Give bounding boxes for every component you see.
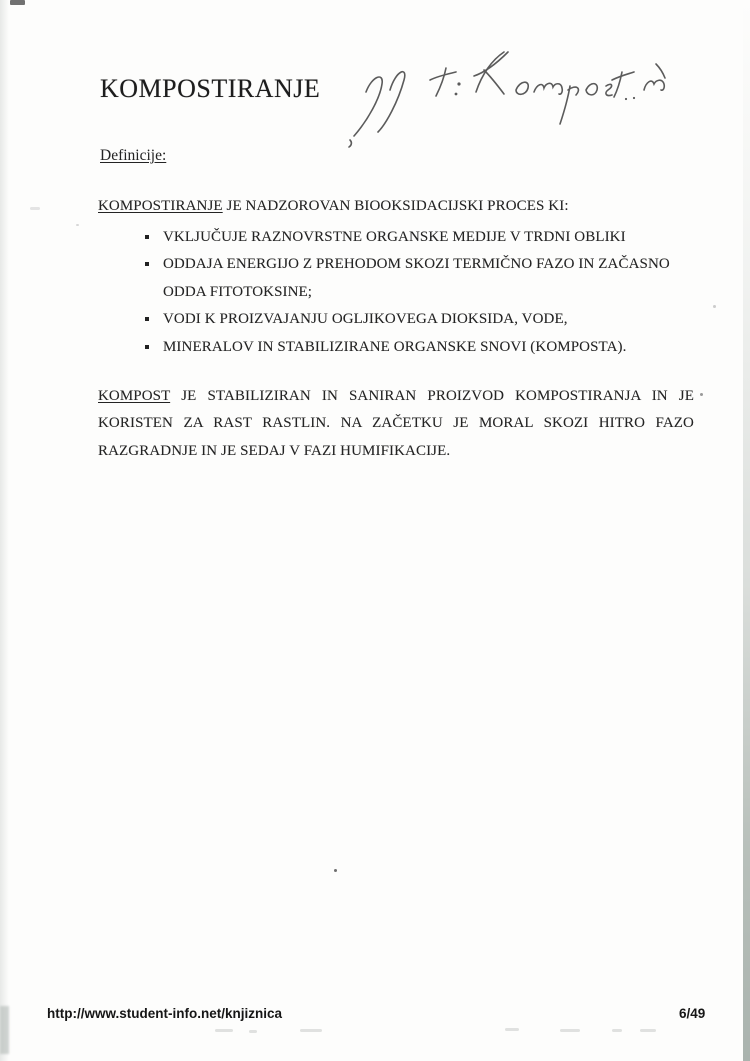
bullet-square-icon [145, 345, 149, 349]
bullet-text: ODDA FITOTOKSINE; [163, 279, 670, 306]
scan-right-edge-strip [743, 0, 750, 1061]
bullet-text: ODDAJA ENERGIJO Z PREHODOM SKOZI TERMIČN… [163, 251, 670, 278]
bullet-text: MINERALOV IN STABILIZIRANE ORGANSKE SNOV… [163, 334, 626, 361]
definition2-line2: KORISTEN ZA RAST RASTLIN. NA ZAČETKU JE … [98, 410, 694, 437]
definition1-term: KOMPOSTIRANJE [98, 198, 223, 214]
bullet-text: VODI K PROIZVAJANJU OGLJIKOVEGA DIOKSIDA… [163, 306, 568, 333]
scan-speck [334, 869, 337, 872]
scan-smudge [300, 1029, 322, 1032]
list-item: ODDAJA ENERGIJO Z PREHODOM SKOZI TERMIČN… [145, 251, 705, 306]
scan-speck [700, 393, 703, 396]
definition1-rest: JE NADZOROVAN BIOOKSIDACIJSKI PROCES KI: [223, 198, 569, 214]
scan-bottom-left-shade [0, 1006, 9, 1054]
scan-smudge [640, 1029, 656, 1032]
scan-smudge [249, 1030, 257, 1033]
definition1-line: KOMPOSTIRANJE JE NADZOROVAN BIOOKSIDACIJ… [98, 198, 569, 215]
scan-speck [713, 305, 716, 308]
bullet-square-icon [145, 262, 149, 266]
definition-bullet-list: VKLJUČUJE RAZNOVRSTNE ORGANSKE MEDIJE V … [145, 224, 705, 361]
footer-page-number: 6/49 [679, 1006, 705, 1021]
scan-smudge [215, 1029, 233, 1032]
definition2-paragraph: KOMPOST JE STABILIZIRAN IN SANIRAN PROIZ… [98, 383, 694, 465]
definition2-line3: RAZGRADNJE IN JE SEDAJ V FAZI HUMIFIKACI… [98, 438, 694, 465]
scan-left-edge-shade [0, 0, 9, 1061]
scan-smudge [505, 1028, 519, 1031]
list-item: MINERALOV IN STABILIZIRANE ORGANSKE SNOV… [145, 334, 705, 361]
scan-speck [76, 224, 79, 226]
bullet-text: VKLJUČUJE RAZNOVRSTNE ORGANSKE MEDIJE V … [163, 224, 626, 251]
definition2-line1: KOMPOST JE STABILIZIRAN IN SANIRAN PROIZ… [98, 383, 694, 410]
bullet-square-icon [145, 317, 149, 321]
handwriting-ink-icon [338, 50, 673, 150]
definition2-line1-rest: JE STABILIZIRAN IN SANIRAN PROIZVOD KOMP… [170, 388, 694, 404]
page-title: KOMPOSTIRANJE [100, 74, 320, 104]
list-item: VODI K PROIZVAJANJU OGLJIKOVEGA DIOKSIDA… [145, 306, 705, 333]
scanned-document-page: KOMPOSTIRANJE [0, 0, 750, 1061]
scan-top-left-mark [10, 0, 25, 5]
bullet-square-icon [145, 235, 149, 239]
footer-source-url: http://www.student-info.net/knjiznica [47, 1006, 282, 1021]
definition2-term: KOMPOST [98, 388, 170, 404]
list-item: VKLJUČUJE RAZNOVRSTNE ORGANSKE MEDIJE V … [145, 224, 705, 251]
scan-smudge [560, 1029, 580, 1032]
scan-speck [30, 207, 40, 210]
scan-smudge [612, 1029, 622, 1032]
handwritten-annotation [338, 50, 673, 150]
section-label: Definicije: [100, 147, 166, 165]
